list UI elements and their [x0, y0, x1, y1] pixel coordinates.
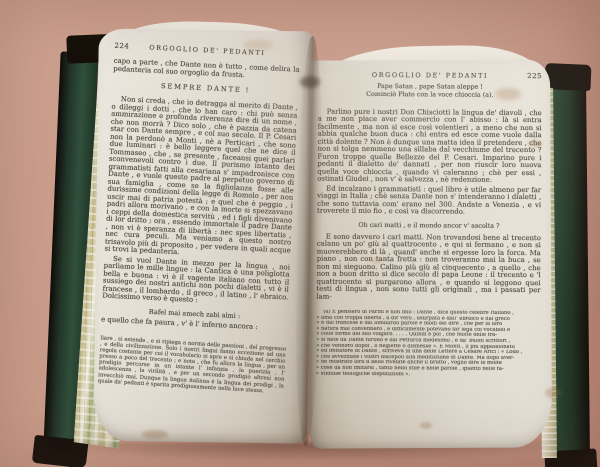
right-page-number: 225	[514, 72, 542, 80]
left-intro-paragraph: capo a parte , che Dante non è tutto , c…	[113, 58, 300, 82]
right-running-head: ORGOGLIO DE' PEDANTI	[346, 71, 514, 80]
head-spacer	[272, 55, 300, 56]
left-running-head-row: 224 ORGOGLIO DE' PEDANTI	[114, 42, 300, 59]
right-paragraph-1: Parlino pure i nostri Don Chisciotti la …	[317, 108, 542, 185]
book-spine-gutter	[300, 76, 320, 88]
photo-of-open-book: 224 ORGOGLIO DE' PEDANTI capo a parte , …	[0, 0, 600, 467]
left-footnote: liare , si estende , e si ripiega a norm…	[98, 335, 287, 395]
left-page: 224 ORGOGLIO DE' PEDANTI capo a parte , …	[93, 29, 313, 444]
right-page: ORGOGLIO DE' PEDANTI 225 Pape Satan , pa…	[308, 59, 552, 448]
left-page-text-block: 224 ORGOGLIO DE' PEDANTI capo a parte , …	[98, 42, 301, 394]
right-running-head-row: ORGOGLIO DE' PEDANTI 225	[318, 71, 542, 81]
right-paragraph-2: Ed incalzano i grammatisti : quel libro …	[317, 185, 541, 217]
left-page-number: 224	[114, 42, 142, 51]
epigraph-line-2: Cominciò Pluto con la voce chioccia (a).	[318, 90, 542, 99]
section-heading: SEMPRE DANTE !	[112, 80, 298, 97]
epigraph-verses: Pape Satan , pape Satan aleppe ! Cominci…	[318, 83, 542, 100]
right-page-text-block: ORGOGLIO DE' PEDANTI 225 Pape Satan , pa…	[316, 71, 542, 379]
right-centered-line: Oh cari matti , e il mondo ancor v' asco…	[317, 220, 541, 230]
left-paragraph-1: Non si creda , che io detragga al merito…	[104, 96, 297, 262]
right-paragraph-3: E sono davvero i cari matti. Non trovand…	[316, 233, 540, 302]
right-footnote: (a) È pensiero di Parini e non mio : Dan…	[316, 310, 540, 379]
footnote-line: » stidiose teologiche disputazioni ».	[316, 371, 540, 378]
left-paragraph-2: Se si vuol Dante in mezzo per la lingua …	[102, 255, 290, 309]
left-running-head: ORGOGLIO DE' PEDANTI	[142, 43, 272, 57]
